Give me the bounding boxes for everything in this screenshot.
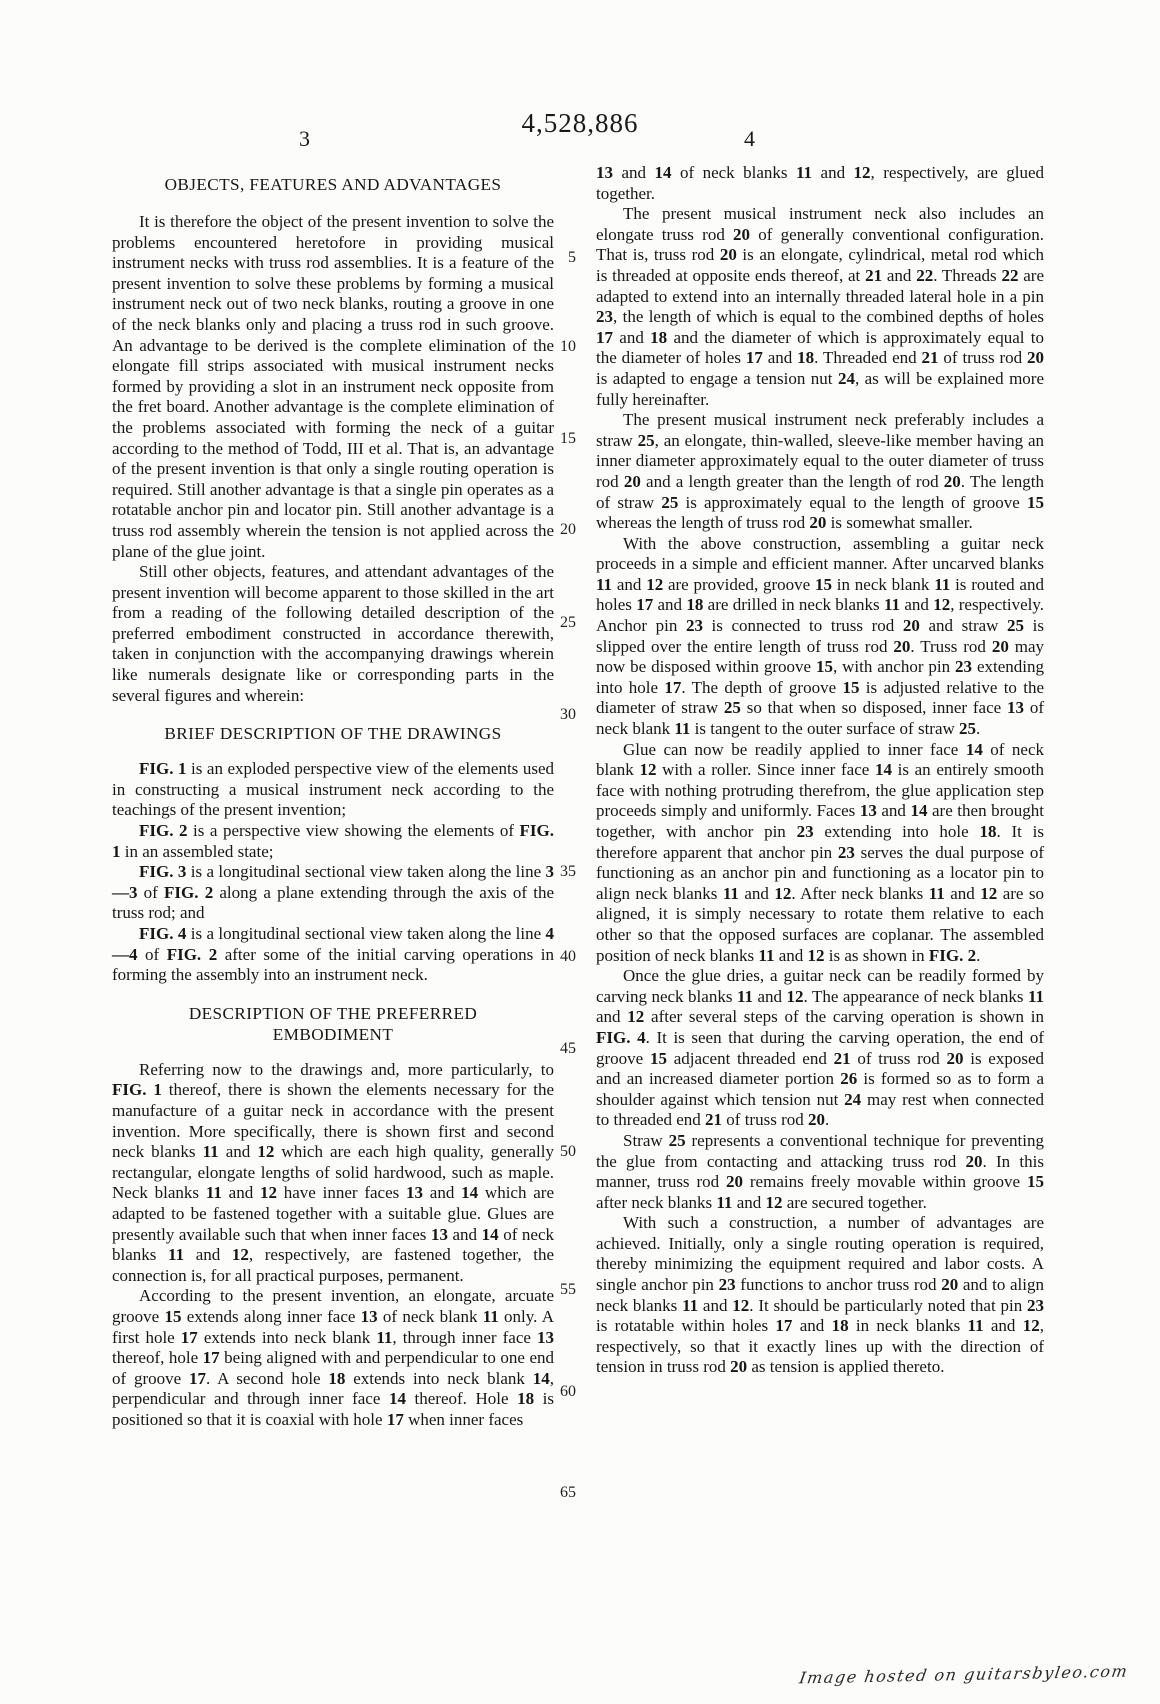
body-paragraph: FIG. 4 is a longitudinal sectional view … (112, 924, 554, 986)
body-paragraph: FIG. 2 is a perspective view showing the… (112, 821, 554, 862)
body-paragraph: The present musical instrument neck also… (596, 204, 1044, 410)
right-column-text: 13 and 14 of neck blanks 11 and 12, resp… (596, 163, 1044, 1378)
body-paragraph: Still other objects, features, and atten… (112, 562, 554, 706)
body-paragraph: The present musical instrument neck pref… (596, 410, 1044, 534)
section-heading: OBJECTS, FEATURES AND ADVANTAGES (112, 174, 554, 195)
column-number-right: 4 (744, 126, 755, 152)
left-column-text: OBJECTS, FEATURES AND ADVANTAGESIt is th… (112, 174, 554, 1430)
body-paragraph: 13 and 14 of neck blanks 11 and 12, resp… (596, 163, 1044, 204)
body-paragraph: It is therefore the object of the presen… (112, 212, 554, 562)
patent-number: 4,528,886 (0, 108, 1160, 139)
section-heading: DESCRIPTION OF THE PREFERRED EMBODIMENT (112, 1003, 554, 1045)
body-paragraph: FIG. 1 is an exploded perspective view o… (112, 759, 554, 821)
watermark-text: Image hosted on guitarsbyleo.com (798, 1662, 1130, 1688)
section-heading: BRIEF DESCRIPTION OF THE DRAWINGS (112, 723, 554, 744)
body-paragraph: With the above construction, assembling … (596, 534, 1044, 740)
body-paragraph: Referring now to the drawings and, more … (112, 1060, 554, 1287)
body-paragraph: Straw 25 represents a conventional techn… (596, 1131, 1044, 1213)
body-paragraph: With such a construction, a number of ad… (596, 1213, 1044, 1378)
patent-page: 4,528,886 3 4 5101520253035404550556065 … (0, 0, 1160, 1704)
body-paragraph: According to the present invention, an e… (112, 1286, 554, 1430)
column-number-left: 3 (299, 126, 310, 152)
body-paragraph: FIG. 3 is a longitudinal sectional view … (112, 862, 554, 924)
gutter-line-number: 65 (540, 1484, 576, 1502)
body-paragraph: Once the glue dries, a guitar neck can b… (596, 966, 1044, 1131)
body-paragraph: Glue can now be readily applied to inner… (596, 740, 1044, 967)
